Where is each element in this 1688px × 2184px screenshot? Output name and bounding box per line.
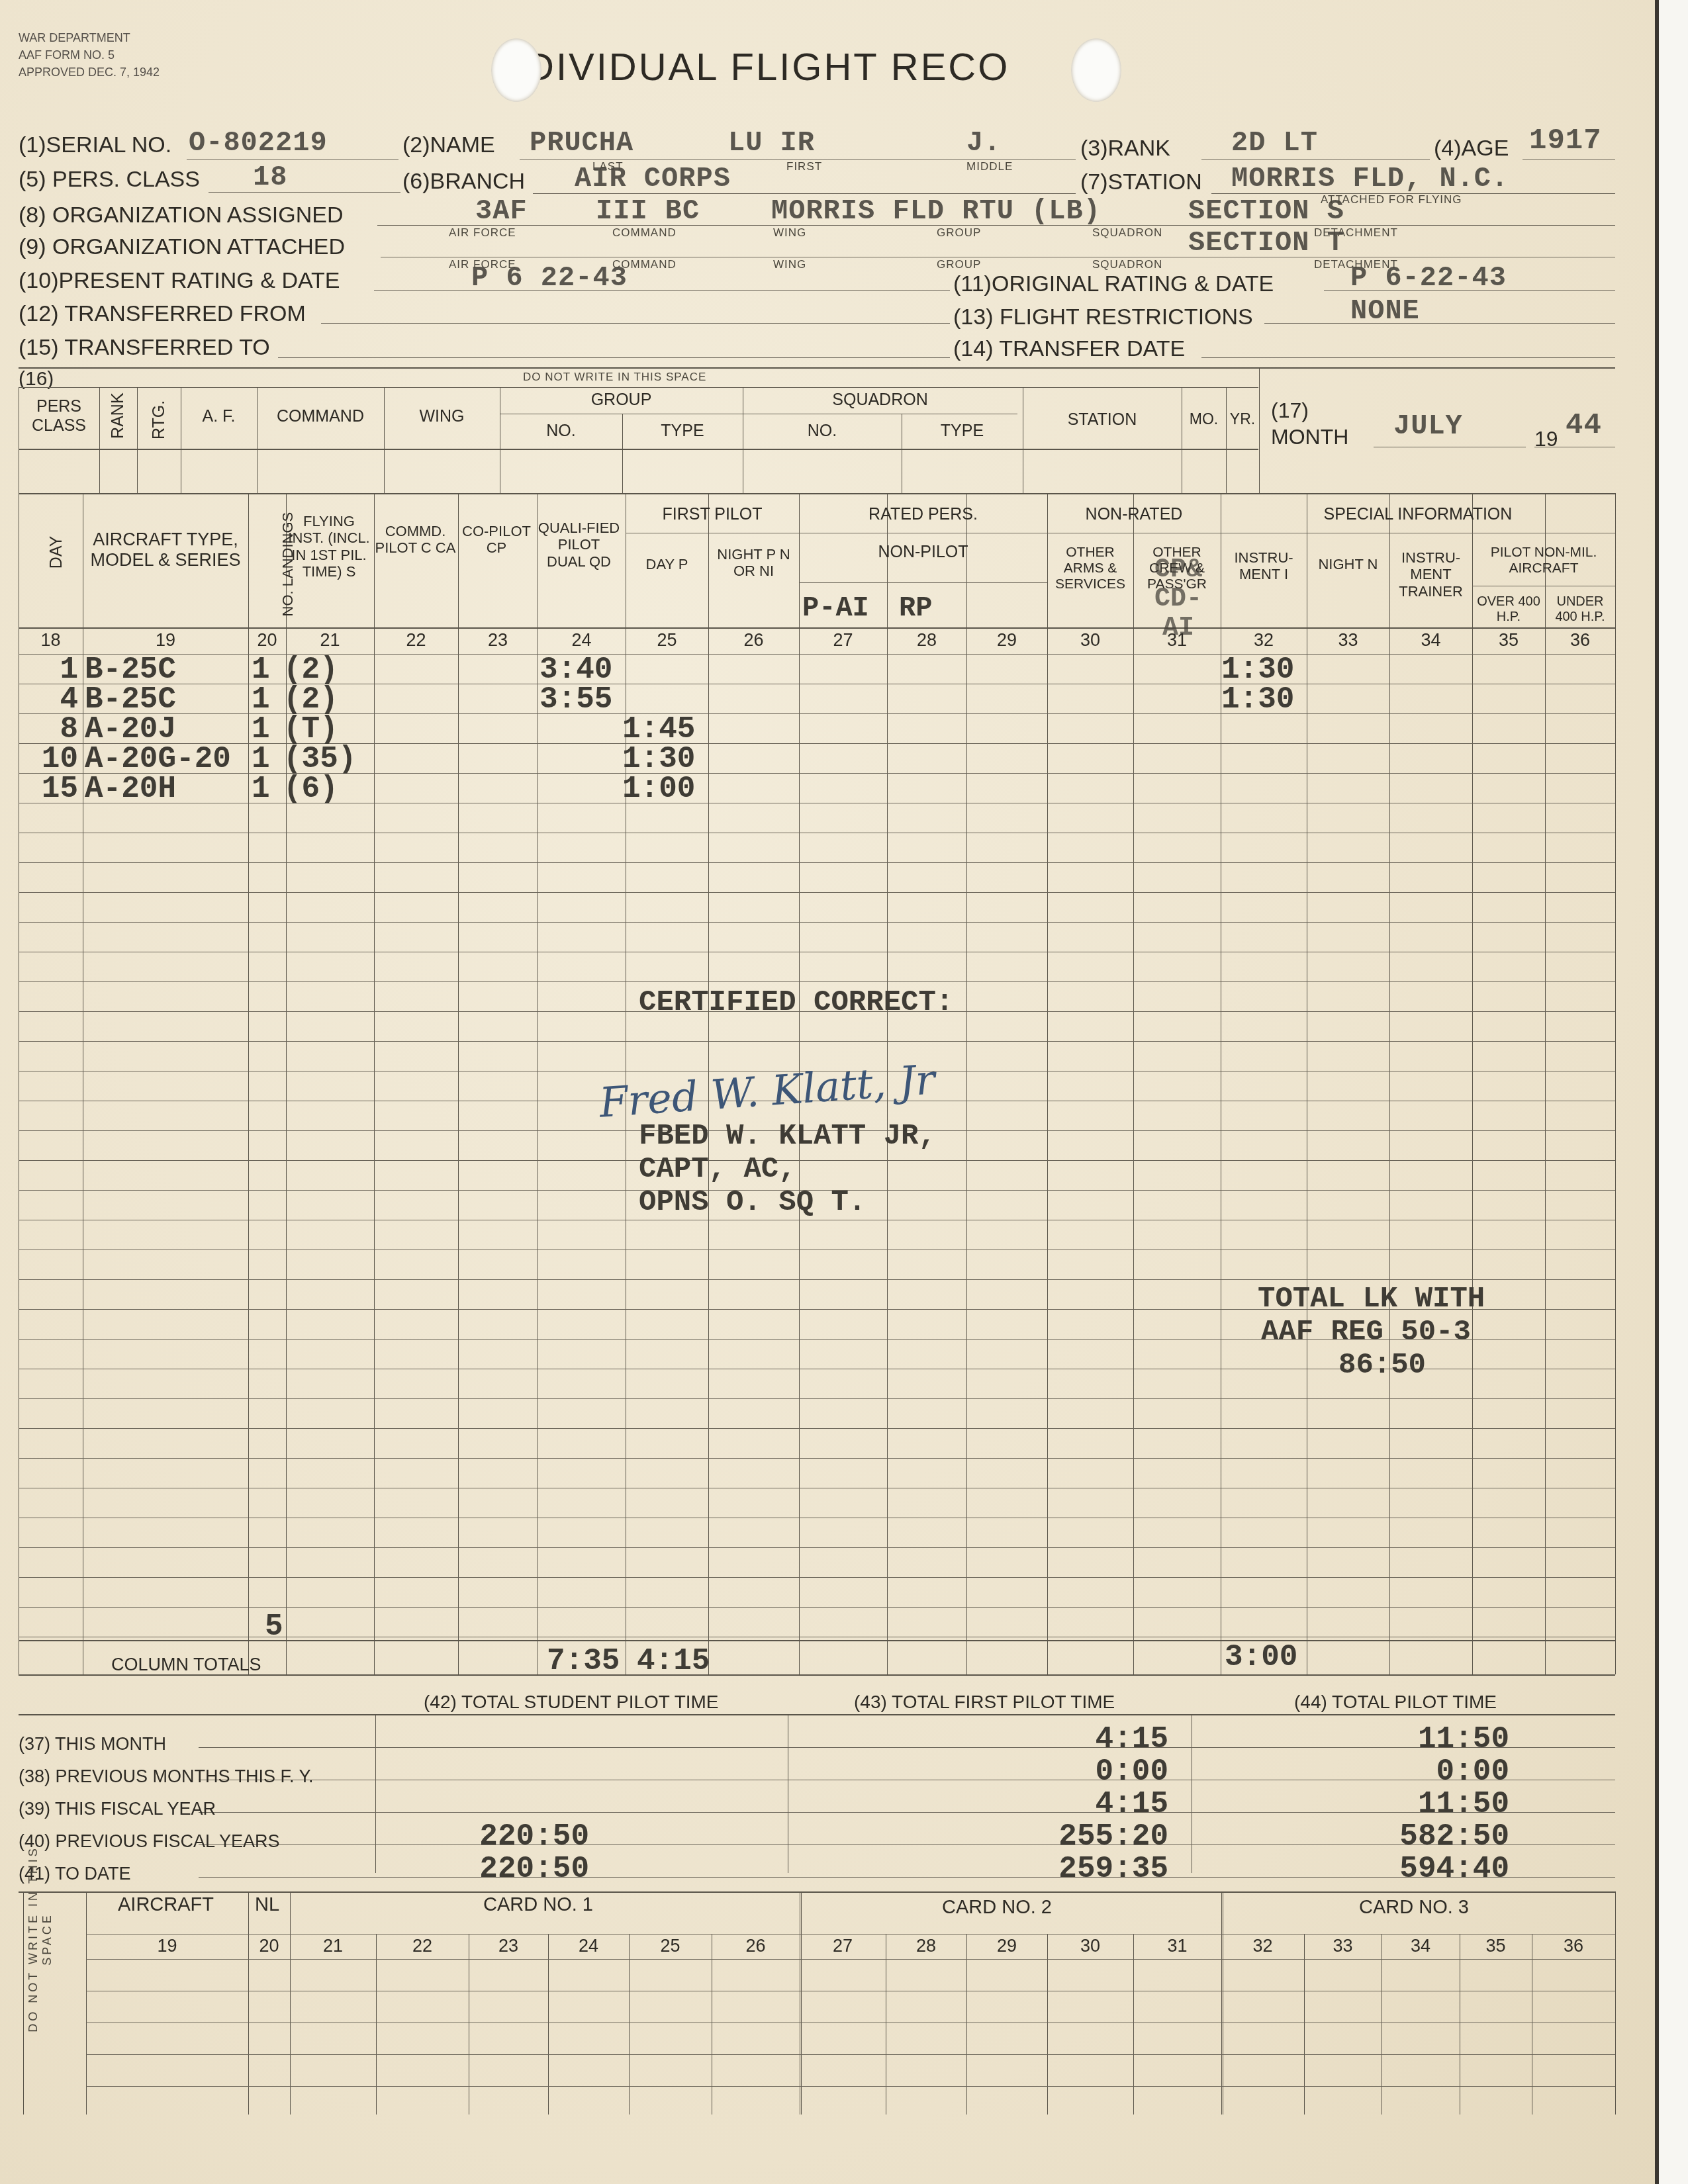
org-assigned-af: 3AF: [475, 195, 528, 227]
grid-line: [626, 533, 799, 533]
coding-header-wing: WING: [384, 407, 500, 426]
grid-line: [19, 922, 1615, 923]
grid-line: [19, 981, 1615, 982]
column-number: 20: [248, 630, 286, 651]
grid-line: [19, 627, 1615, 629]
transferred-to-label: (15) TRANSFERRED TO: [19, 335, 270, 361]
card-header-card-2: CARD NO. 2: [942, 1897, 1052, 1919]
header-other-arms: OTHER ARMS & SERVICES: [1047, 545, 1133, 592]
grid-line: [23, 1891, 1615, 1893]
certifier-name: FBED W. KLATT JR,: [639, 1120, 936, 1153]
header-instrument: INSTRU-MENT I: [1221, 549, 1307, 583]
total-instrument: 3:00: [1225, 1640, 1297, 1674]
age-label: (4)AGE: [1434, 136, 1509, 161]
column-number: 33: [1307, 630, 1389, 651]
column-number: 31: [1133, 630, 1221, 651]
coding-header-squadron: SQUADRON: [743, 390, 1017, 410]
header-rated-pers: RATED PERS.: [799, 505, 1047, 524]
card-header-card-3: CARD NO. 3: [1359, 1897, 1469, 1919]
grid-line: [1047, 493, 1048, 1674]
grid-line: [83, 493, 83, 1674]
card-column-number: 23: [469, 1936, 548, 1956]
column-number: 21: [286, 630, 374, 651]
header-student-pilot-time: (42) TOTAL STUDENT PILOT TIME: [424, 1692, 719, 1713]
grid-line: [19, 1577, 1615, 1578]
grid-line: [86, 1891, 87, 2115]
grid-line: [1472, 493, 1473, 1674]
grid-line: [712, 1934, 712, 2115]
grid-line: [801, 1891, 802, 2115]
card-column-number: 35: [1460, 1936, 1532, 1956]
total-first-pilot-day: 4:15: [637, 1644, 710, 1678]
station-value: MORRIS FLD, N.C.: [1231, 163, 1509, 195]
column-number: 34: [1389, 630, 1472, 651]
grid-line: [248, 1891, 249, 2115]
card-header-nl: NL: [255, 1894, 279, 1916]
org-assigned-group: MORRIS FLD RTU (LB): [771, 195, 1101, 227]
card-block-side-note: DO NOT WRITE IN THIS SPACE: [26, 1840, 54, 2038]
org-assigned-label: (8) ORGANIZATION ASSIGNED: [19, 203, 344, 228]
header-instrument-trainer: INSTRU-MENT TRAINER: [1389, 549, 1472, 600]
coding-header-squadron-type: TYPE: [902, 422, 1023, 441]
column-number: 32: [1221, 630, 1307, 651]
header-aircraft: AIRCRAFT TYPE, MODEL & SERIES: [83, 529, 248, 570]
grid-line: [19, 1518, 1615, 1518]
header-day: DAY: [47, 516, 66, 588]
grid-line: [548, 1934, 549, 2115]
card-column-number: 33: [1304, 1936, 1382, 1956]
original-rating-value: P 6-22-43: [1350, 262, 1507, 294]
header-total-pilot-time: (44) TOTAL PILOT TIME: [1294, 1692, 1497, 1713]
original-rating-label: (11)ORIGINAL RATING & DATE: [953, 271, 1274, 297]
column-number: 18: [19, 630, 83, 651]
caption-wing-2: WING: [773, 258, 806, 271]
column-number: 19: [83, 630, 248, 651]
column-number: 28: [887, 630, 966, 651]
column-number: 35: [1472, 630, 1545, 651]
header-non-pilot: NON-PILOT: [799, 543, 1047, 562]
grid-line: [1307, 493, 1307, 1674]
column-number: 36: [1545, 630, 1615, 651]
header-night: NIGHT N: [1307, 556, 1389, 572]
caption-wing: WING: [773, 226, 806, 240]
note-line-3: 86:50: [1338, 1349, 1426, 1382]
form-title: DIVIDUAL FLIGHT RECO: [526, 45, 1009, 89]
summary-student-pilot-time: 220:50: [391, 1819, 589, 1854]
certifier-rank: CAPT, AC,: [639, 1153, 796, 1186]
grid-line: [1472, 586, 1615, 586]
row-instrument: 1:30: [1221, 682, 1294, 717]
grid-line: [19, 1279, 1615, 1280]
summary-total-pilot-time: 0:00: [1311, 1754, 1509, 1789]
name-middle-caption: MIDDLE: [966, 160, 1013, 173]
card-column-number: 31: [1133, 1936, 1221, 1956]
grid-line: [1133, 493, 1134, 1674]
present-rating-value: P 6 22-43: [471, 262, 628, 294]
coding-header-rtg: RTG.: [150, 398, 169, 441]
coding-header-pers-class: PERS CLASS: [19, 397, 99, 435]
grid-line: [86, 1934, 1615, 1934]
caption-command: COMMAND: [612, 226, 677, 240]
coding-header-rank: RANK: [109, 401, 128, 439]
page-edge: [1655, 0, 1688, 2184]
serial-label: (1)SERIAL NO.: [19, 132, 171, 158]
caption-air-force: AIR FORCE: [449, 226, 516, 240]
grid-line: [86, 2054, 1615, 2055]
coding-header-af: A. F.: [181, 407, 257, 426]
caption-group: GROUP: [937, 226, 981, 240]
column-number: 23: [458, 630, 538, 651]
present-rating-label: (10)PRESENT RATING & DATE: [19, 268, 340, 294]
grid-line: [19, 1547, 1615, 1548]
coding-header-group-no: NO.: [500, 422, 622, 441]
org-attached-label: (9) ORGANIZATION ATTACHED: [19, 234, 345, 260]
column-number: 30: [1047, 630, 1133, 651]
grid-line: [86, 2086, 1615, 2087]
column-number: 29: [966, 630, 1047, 651]
summary-first-pilot-time: 255:20: [970, 1819, 1168, 1854]
card-column-number: 21: [290, 1936, 376, 1956]
summary-row-label: (39) THIS FISCAL YEAR: [19, 1799, 216, 1819]
age-value: 1917: [1529, 124, 1602, 158]
org-assigned-command: III BC: [596, 195, 700, 227]
total-landings: 5: [265, 1610, 283, 1644]
do-not-write-note: DO NOT WRITE IN THIS SPACE: [523, 371, 706, 384]
grid-line: [1389, 493, 1390, 1674]
stamped-p-ai: P-AI: [802, 592, 869, 624]
grid-line: [19, 1220, 1615, 1220]
grid-line: [19, 1488, 1615, 1488]
card-column-number: 27: [800, 1936, 886, 1956]
grid-line: [23, 1891, 24, 2115]
grid-line: [375, 1714, 376, 1873]
month-label: MONTH: [1271, 424, 1348, 450]
grid-line: [469, 1934, 469, 2115]
note-line-1: TOTAL LK WITH: [1258, 1283, 1485, 1316]
card-column-number: 19: [86, 1936, 248, 1956]
card-column-number: 29: [966, 1936, 1047, 1956]
form-number-text: AAF FORM NO. 5: [19, 46, 160, 64]
punch-hole-left: [491, 38, 541, 102]
coding-header-yr: YR.: [1226, 410, 1259, 428]
grid-line: [1615, 1891, 1616, 2115]
summary-student-pilot-time: 220:50: [391, 1852, 589, 1886]
coding-header-squadron-no: NO.: [743, 422, 902, 441]
name-last: PRUCHA: [530, 127, 633, 159]
grid-line: [1460, 1934, 1460, 2115]
grid-line: [966, 493, 967, 1674]
grid-line: [19, 1398, 1615, 1399]
grid-line: [1304, 1934, 1305, 2115]
grid-line: [799, 582, 1047, 583]
rank-value: 2D LT: [1231, 127, 1318, 159]
header-first-pilot: FIRST PILOT: [626, 505, 799, 524]
grid-line: [86, 1959, 1615, 1960]
rank-label: (3)RANK: [1080, 136, 1170, 161]
summary-first-pilot-time: 4:15: [970, 1787, 1168, 1821]
header-non-rated: NON-RATED: [1047, 505, 1221, 524]
column-number: 27: [799, 630, 887, 651]
grid-line: [374, 493, 375, 1674]
grid-line: [458, 493, 459, 1674]
grid-line: [19, 1714, 1615, 1715]
coding-header-group: GROUP: [500, 390, 743, 410]
summary-first-pilot-time: 259:35: [970, 1852, 1168, 1886]
column-number: 26: [708, 630, 799, 651]
note-line-2: AAF REG 50-3: [1261, 1316, 1471, 1349]
coding-header-mo: MO.: [1182, 410, 1226, 428]
transfer-date-label: (14) TRANSFER DATE: [953, 336, 1185, 362]
header-under-400: UNDER 400 H.P.: [1545, 594, 1615, 625]
summary-first-pilot-time: 4:15: [970, 1722, 1168, 1756]
summary-row-label: (37) THIS MONTH: [19, 1734, 166, 1754]
flight-restrictions-label: (13) FLIGHT RESTRICTIONS: [953, 304, 1253, 330]
year-prefix: 19: [1534, 427, 1558, 451]
caption-group-2: GROUP: [937, 258, 981, 271]
summary-total-pilot-time: 11:50: [1311, 1722, 1509, 1756]
month-field-number: (17): [1271, 397, 1348, 424]
summary-total-pilot-time: 594:40: [1311, 1852, 1509, 1886]
grid-line: [966, 1934, 967, 2115]
coding-header-station: STATION: [1023, 410, 1182, 430]
branch-value: AIR CORPS: [575, 163, 731, 195]
month-field-label: (17) MONTH: [1271, 397, 1348, 450]
transferred-from-label: (12) TRANSFERRED FROM: [19, 301, 306, 327]
station-label: (7)STATION: [1080, 169, 1202, 195]
header-over-400: OVER 400 H.P.: [1472, 594, 1545, 625]
column-number: 24: [538, 630, 626, 651]
name-first-caption: FIRST: [786, 160, 822, 173]
grid-line: [538, 493, 538, 1674]
grid-line: [86, 2023, 1615, 2023]
card-column-number: 36: [1532, 1936, 1615, 1956]
column-totals-label: COLUMN TOTALS: [111, 1655, 261, 1675]
grid-line: [19, 862, 1615, 863]
coding-header-group-type: TYPE: [622, 422, 743, 441]
row-day: 15: [19, 772, 78, 806]
card-column-number: 34: [1382, 1936, 1460, 1956]
approval-date-text: APPROVED DEC. 7, 1942: [19, 64, 160, 81]
grid-line: [19, 1637, 1615, 1637]
coding-header-command: COMMAND: [257, 407, 384, 426]
row-flying-inst: (6): [283, 772, 338, 806]
grid-line: [1382, 1934, 1382, 2115]
caption-squadron-2: SQUADRON: [1092, 258, 1162, 271]
grid-line: [1545, 493, 1546, 1674]
header-first-pilot-night: NIGHT P N OR NI: [708, 546, 799, 580]
column-number: 25: [626, 630, 708, 651]
pers-class-value: 18: [253, 161, 287, 193]
grid-line: [629, 1934, 630, 2115]
grid-line: [1532, 1934, 1532, 2115]
card-column-number: 32: [1221, 1936, 1304, 1956]
header-first-pilot-time: (43) TOTAL FIRST PILOT TIME: [854, 1692, 1115, 1713]
summary-row-label: (40) PREVIOUS FISCAL YEARS: [19, 1831, 280, 1852]
header-qualified-pilot: QUALI-FIED PILOT DUAL QD: [538, 520, 620, 570]
card-column-number: 24: [548, 1936, 629, 1956]
total-qualified-dual: 7:35: [547, 1644, 620, 1678]
card-column-number: 28: [886, 1936, 966, 1956]
grid-line: [886, 1934, 886, 2115]
header-commd-pilot: COMMD. PILOT C CA: [374, 523, 457, 557]
stamped-rp: RP: [899, 592, 932, 624]
org-attached-detachment: SECTION T: [1188, 227, 1344, 259]
grid-line: [799, 533, 1615, 533]
summary-total-pilot-time: 11:50: [1311, 1787, 1509, 1821]
grid-line: [1223, 1891, 1223, 2115]
header-special-information: SPECIAL INFORMATION: [1221, 505, 1615, 524]
row-qualified-dual: 3:55: [539, 682, 612, 717]
department-text: WAR DEPARTMENT: [19, 29, 160, 46]
serial-value: O-802219: [189, 127, 328, 159]
grid-line: [19, 1428, 1615, 1429]
certifier-title: OPNS O. SQ T.: [639, 1186, 866, 1219]
branch-label: (6)BRANCH: [402, 169, 525, 195]
header-co-pilot: CO-PILOT CP: [460, 523, 533, 557]
grid-line: [19, 1640, 1615, 1641]
grid-line: [19, 1160, 1615, 1161]
grid-line: [800, 1891, 800, 2115]
grid-line: [19, 1607, 1615, 1608]
grid-line: [19, 833, 1615, 833]
caption-squadron: SQUADRON: [1092, 226, 1162, 240]
form-issuer: WAR DEPARTMENT AAF FORM NO. 5 APPROVED D…: [19, 29, 160, 81]
header-flying-inst: FLYING INST. (INCL. IN 1ST PIL. TIME) S: [286, 513, 372, 580]
grid-line: [1221, 1891, 1222, 2115]
card-column-number: 22: [376, 1936, 469, 1956]
row-first-pilot-day: 1:00: [622, 772, 695, 806]
card-header-aircraft: AIRCRAFT: [118, 1894, 214, 1916]
grid-line: [1133, 1934, 1134, 2115]
pers-class-label: (5) PERS. CLASS: [19, 167, 200, 193]
flight-restrictions-value: NONE: [1350, 295, 1420, 327]
column-number: 22: [374, 630, 458, 651]
grid-line: [19, 1458, 1615, 1459]
header-pilot-non-mil: PILOT NON-MIL. AIRCRAFT: [1472, 545, 1615, 576]
grid-line: [248, 493, 249, 1674]
card-column-number: 30: [1047, 1936, 1133, 1956]
certified-heading: CERTIFIED CORRECT:: [639, 986, 953, 1019]
card-column-number: 20: [248, 1936, 290, 1956]
summary-first-pilot-time: 0:00: [970, 1754, 1168, 1789]
grid-line: [19, 952, 1615, 952]
summary-row-label: (38) PREVIOUS MONTHS THIS F. Y.: [19, 1766, 314, 1787]
row-aircraft: A-20H: [85, 772, 176, 806]
grid-line: [19, 1250, 1615, 1250]
name-first: LU IR: [728, 127, 815, 159]
year-value: 44: [1566, 409, 1602, 442]
grid-line: [788, 1714, 788, 1873]
name-label: (2)NAME: [402, 132, 495, 158]
grid-line: [19, 1041, 1615, 1042]
summary-total-pilot-time: 582:50: [1311, 1819, 1509, 1854]
grid-line: [1047, 1934, 1048, 2115]
card-header-card-1: CARD NO. 1: [483, 1894, 593, 1916]
grid-line: [1192, 1714, 1192, 1873]
header-first-pilot-day: DAY P: [626, 556, 708, 572]
punch-hole-right: [1071, 38, 1121, 102]
card-column-number: 25: [629, 1936, 712, 1956]
grid-line: [376, 1934, 377, 2115]
grid-line: [1615, 493, 1616, 1674]
month-value: JULY: [1393, 410, 1463, 442]
grid-line: [19, 892, 1615, 893]
name-middle: J.: [966, 127, 1001, 159]
grid-line: [86, 1991, 1615, 1991]
card-column-number: 26: [712, 1936, 800, 1956]
grid-line: [290, 1891, 291, 2115]
attached-for-flying-caption: ATTACHED FOR FLYING: [1321, 193, 1462, 206]
row-landings: 1: [252, 772, 270, 806]
